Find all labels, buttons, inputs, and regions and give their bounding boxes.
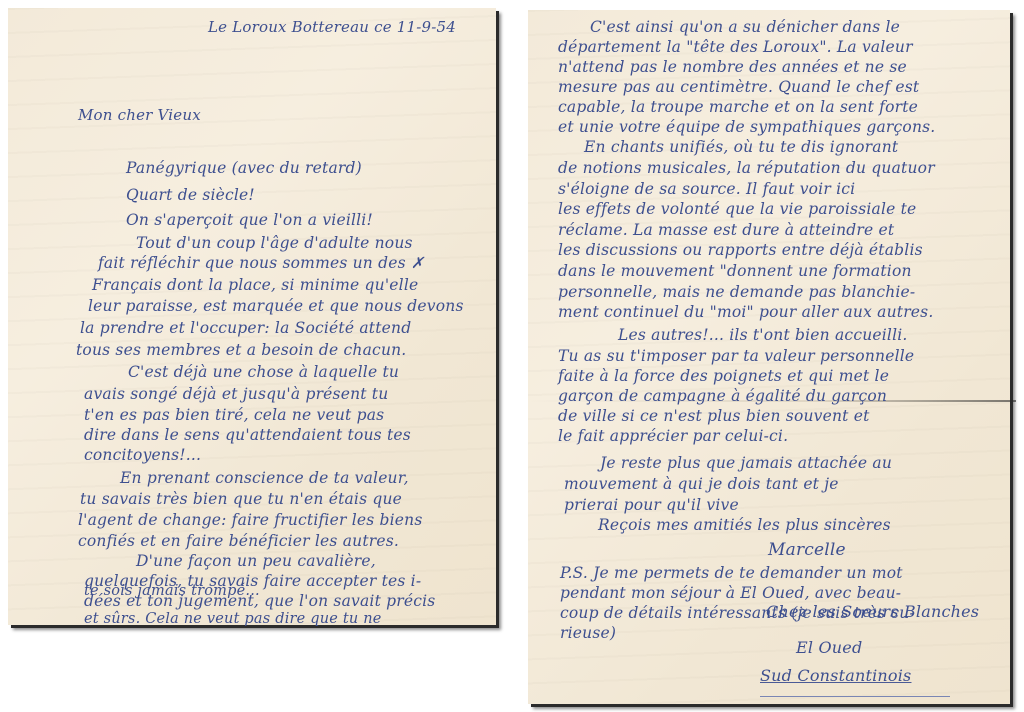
letter-line-closing: te sois jamais trompé... bbox=[84, 584, 260, 599]
letter-line: tu savais très bien que tu n'en étais qu… bbox=[80, 492, 402, 508]
letter-line: En prenant conscience de ta valeur, bbox=[120, 471, 409, 487]
letter-page-1: Le Loroux Bottereau ce 11-9-54 Mon cher … bbox=[8, 8, 496, 625]
letter-line: Tout d'un coup l'âge d'adulte nous bbox=[136, 236, 413, 252]
address-line: El Oued bbox=[796, 640, 862, 656]
letter-line: D'une façon un peu cavalière, bbox=[136, 554, 376, 570]
letter-line: fait réfléchir que nous sommes un des ✗ bbox=[98, 256, 424, 272]
letter-line: de notions musicales, la réputation du q… bbox=[558, 161, 935, 177]
address-line: Chez les Soeurs Blanches bbox=[766, 604, 979, 620]
letter-line: leur paraisse, est marquée et que nous d… bbox=[88, 299, 464, 315]
postscript-line: rieuse) bbox=[560, 626, 616, 642]
letter-line: Français dont la place, si minime qu'ell… bbox=[92, 278, 418, 294]
letter-line: la prendre et l'occuper: la Société atte… bbox=[80, 321, 411, 337]
letter-line: concitoyens!... bbox=[84, 448, 201, 464]
letter-line: avais songé déjà et jusqu'à présent tu bbox=[84, 387, 388, 403]
letter-line: et sûrs. Cela ne veut pas dire que tu ne bbox=[84, 612, 382, 627]
letter-line: et unie votre équipe de sympathiques gar… bbox=[558, 120, 935, 136]
letter-line: de ville si ce n'est plus bien souvent e… bbox=[558, 409, 870, 425]
letter-line: t'en es pas bien tiré, cela ne veut pas bbox=[84, 408, 384, 424]
letter-line: n'attend pas le nombre des années et ne … bbox=[558, 60, 907, 76]
letter-line: département la "tête des Loroux". La val… bbox=[558, 40, 913, 56]
letter-place-date: Le Loroux Bottereau ce 11-9-54 bbox=[208, 20, 456, 35]
signature: Marcelle bbox=[768, 542, 846, 559]
address-line: Sud Constantinois bbox=[760, 668, 911, 684]
letter-line: ment continuel du "moi" pour aller aux a… bbox=[558, 305, 933, 321]
letter-line: garçon de campagne à égalité du garçon bbox=[558, 389, 887, 405]
letter-line: faite à la force des poignets et qui met… bbox=[558, 369, 889, 385]
letter-line: En chants unifiés, où tu te dis ignorant bbox=[584, 140, 898, 156]
postscript-line: pendant mon séjour à El Oued, avec beau- bbox=[560, 586, 901, 602]
letter-line: réclame. La masse est dure à atteindre e… bbox=[558, 223, 894, 239]
letter-line: mesure pas au centimètre. Quand le chef … bbox=[558, 80, 919, 96]
letter-line: Tu as su t'imposer par ta valeur personn… bbox=[558, 349, 914, 365]
letter-line: C'est déjà une chose à laquelle tu bbox=[128, 365, 399, 381]
letter-line: capable, la troupe marche et on la sent … bbox=[558, 100, 918, 116]
letter-line: Quart de siècle! bbox=[126, 188, 255, 204]
letter-line: Je reste plus que jamais attachée au bbox=[600, 456, 892, 472]
letter-line: C'est ainsi qu'on a su dénicher dans le bbox=[590, 20, 900, 36]
letter-line: s'éloigne de sa source. Il faut voir ici bbox=[558, 182, 855, 198]
letter-line: mouvement à qui je dois tant et je bbox=[564, 477, 839, 493]
letter-line: Reçois mes amitiés les plus sincères bbox=[598, 518, 891, 534]
letter-line: dire dans le sens qu'attendaient tous te… bbox=[84, 428, 411, 444]
letter-line: le fait apprécier par celui-ci. bbox=[558, 429, 788, 445]
letter-line: Les autres!... ils t'ont bien accueilli. bbox=[618, 328, 908, 344]
postscript-line: P.S. Je me permets de te demander un mot bbox=[560, 566, 903, 582]
letter-line: prierai pour qu'il vive bbox=[564, 498, 739, 514]
letter-page-2: C'est ainsi qu'on a su dénicher dans le … bbox=[528, 10, 1010, 704]
letter-line: On s'aperçoit que l'on a vieilli! bbox=[126, 213, 373, 229]
letter-line: les discussions ou rapports entre déjà é… bbox=[558, 243, 923, 259]
letter-line: dans le mouvement "donnent une formation bbox=[558, 264, 912, 280]
letter-line: les effets de volonté que la vie paroiss… bbox=[558, 202, 916, 218]
letter-line: Panégyrique (avec du retard) bbox=[126, 161, 362, 177]
letter-line: personnelle, mais ne demande pas blanchi… bbox=[558, 285, 915, 301]
letter-line: confiés et en faire bénéficier les autre… bbox=[78, 534, 399, 550]
letter-line: tous ses membres et a besoin de chacun. bbox=[76, 343, 406, 359]
salutation: Mon cher Vieux bbox=[78, 108, 201, 123]
letter-line: l'agent de change: faire fructifier les … bbox=[78, 513, 423, 529]
underline-rule bbox=[760, 696, 950, 697]
